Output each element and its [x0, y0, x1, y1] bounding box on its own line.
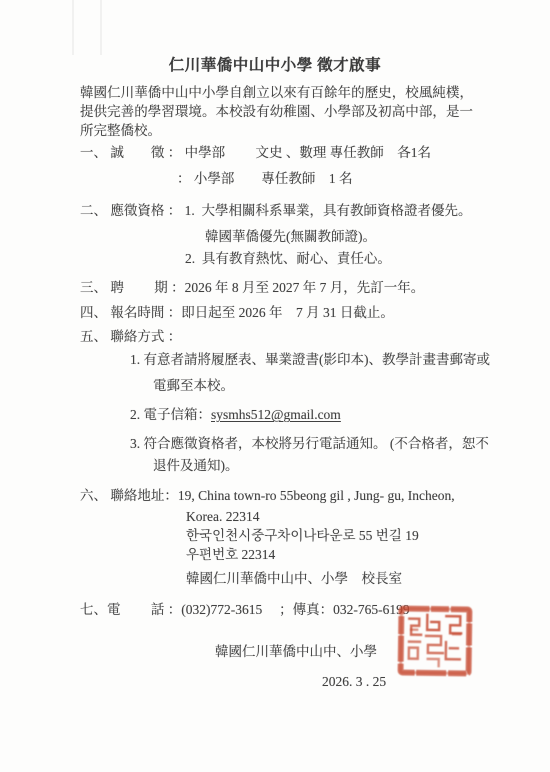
- employment-period-line: 三、 聘 期 ：2026 年 8 月至 2027 年 7 月，先訂一年。: [80, 280, 424, 296]
- contact-address-line-4: 우편번호 22314: [186, 547, 275, 563]
- email-link[interactable]: sysmhs512@gmail.com: [211, 407, 341, 422]
- contact-method-item1-line2: 電郵至本校。: [153, 378, 234, 394]
- contact-address-line-3: 한국인천시중구차이나타운로 55 번길 19: [186, 528, 419, 544]
- contact-method-item3-line1: 3. 符合應徵資格者，本校將另行電話通知。 (不合格者，恕不: [130, 436, 489, 452]
- scan-artifact: [100, 0, 102, 55]
- application-deadline-line: 四、 報名時間 ：即日起至 2026 年 7 月 31 日截止。: [80, 305, 394, 321]
- contact-method-heading: 五、 聯絡方式 ：: [80, 329, 181, 345]
- contact-address-line-1: 六、 聯絡地址：19, China town-ro 55beong gil , …: [80, 488, 455, 504]
- positions-line-middle-school: 一、 誠 徵 ： 中學部 文史 、數理 專任教師 各1名: [80, 145, 431, 161]
- phone-fax-line: 七、電 話 ：(032)772-3615 ；傳真：032-765-6199: [80, 602, 410, 618]
- contact-address-line-5: 韓國仁川華僑中山中、小學 校長室: [186, 571, 402, 587]
- positions-line-elementary: ： 小學部 專任教師 1 名: [177, 171, 353, 187]
- qualifications-line-3: 2. 具有教育熱忱、耐心、責任心。: [185, 251, 391, 267]
- school-intro-paragraph: 韓國仁川華僑中山中小學自創立以來有百餘年的歷史，校風純樸，提供完善的學習環境。本…: [80, 83, 473, 140]
- signature-school-name: 韓國仁川華僑中山中、小學: [215, 644, 377, 660]
- qualifications-line-2: 韓國華僑優先(無關教師證)。: [205, 229, 376, 245]
- contact-method-item1-line1: 1. 有意者請將履歷表、畢業證書(影印本)、教學計畫書郵寄或: [130, 352, 490, 368]
- announcement-page: 仁川華僑中山中小學 徵才啟事 韓國仁川華僑中山中小學自創立以來有百餘年的歷史，校…: [0, 0, 550, 772]
- scan-artifact: [72, 0, 74, 55]
- contact-address-line-2: Korea. 22314: [186, 509, 259, 525]
- announcement-title: 仁川華僑中山中小學 徵才啟事: [0, 58, 550, 74]
- school-seal-stamp: [395, 603, 474, 678]
- signature-date: 2026. 3 . 25: [322, 674, 386, 690]
- contact-method-item3-line2: 退件及通知)。: [153, 458, 239, 474]
- email-label: 2. 電子信箱：: [130, 407, 211, 422]
- contact-method-item2: 2. 電子信箱：sysmhs512@gmail.com: [130, 407, 341, 423]
- qualifications-line-1: 二、 應徵資格 ： 1. 大學相關科系畢業，具有教師資格證者優先。: [80, 203, 472, 219]
